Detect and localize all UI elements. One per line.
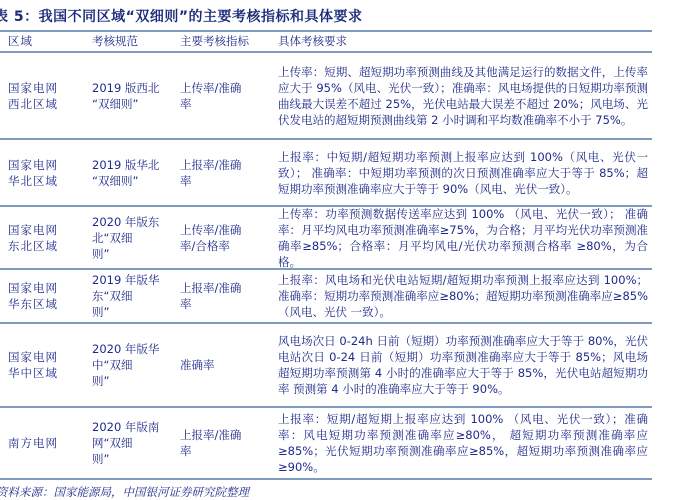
- detail-text: 上传率：功率预测数据传送率应达到 100% （风电、光伏一致）； 准确率：月平均…: [278, 206, 648, 270]
- cell-spec-line: 2019 版华北: [92, 157, 159, 173]
- cell-region: 国家电网华东区域: [8, 270, 78, 322]
- cell-spec-line: 则”: [92, 451, 159, 467]
- cell-detail: 风电场次日 0-24h 日前（短期）功率预测准确率应大于等于 80%，光伏电站次…: [278, 324, 648, 406]
- cell-spec: 2019 年版华东“双细则”: [92, 270, 172, 322]
- cell-region: 国家电网华北区域: [8, 140, 78, 205]
- cell-metric: 上报率/准确率: [180, 270, 266, 322]
- cell-metric-line: 准确率: [180, 357, 215, 373]
- cell-metric: 上传率/准确率/合格率: [180, 207, 266, 268]
- cell-region-line: 国家电网: [8, 80, 58, 96]
- cell-spec-line: 则”: [92, 246, 159, 262]
- cell-region-line: 国家电网: [8, 222, 58, 238]
- cell-metric-line: 率: [180, 96, 241, 112]
- cell-detail: 上传率：短期、超短期功率预测曲线及其他满足运行的数据文件，上传率应大于 95%（…: [278, 53, 648, 138]
- detail-text: 上传率：短期、超短期功率预测曲线及其他满足运行的数据文件，上传率应大于 95%（…: [278, 64, 648, 128]
- cell-spec: 2020 年版南网“双细则”: [92, 408, 172, 478]
- cell-spec-line: 2020 年版南: [92, 419, 159, 435]
- table-row: 国家电网华东区域2019 年版华东“双细则”上报率/准确率上报率：风电场和光伏电…: [0, 270, 652, 322]
- header-spec: 考核规范: [92, 33, 172, 49]
- cell-metric-line: 上传率/准确: [180, 80, 241, 96]
- cell-spec-line: “双细则”: [92, 96, 159, 112]
- cell-metric-line: 率/合格率: [180, 238, 241, 254]
- cell-region-line: 东北区域: [8, 238, 58, 254]
- header-region: 区域: [8, 33, 78, 49]
- cell-region-line: 国家电网: [8, 349, 58, 365]
- detail-text: 上报率：中短期/超短期功率预测上报率应达到 100%（风电、光伏一致）； 准确率…: [278, 149, 648, 197]
- cell-metric-line: 上传率/准确: [180, 222, 241, 238]
- cell-metric-line: 率: [180, 296, 241, 312]
- cell-spec-line: 2020 年版东: [92, 214, 159, 230]
- header-metric: 主要考核指标: [180, 33, 266, 49]
- cell-spec-line: 则”: [92, 373, 159, 389]
- cell-region: 国家电网西北区域: [8, 53, 78, 138]
- cell-detail: 上报率：短期/超短期上报率应达到 100% （风电、光伏一致）；准确率：风电短期…: [278, 408, 648, 478]
- cell-region: 国家电网东北区域: [8, 207, 78, 268]
- table-row: 国家电网东北区域2020 年版东北“双细则”上传率/准确率/合格率上传率：功率预…: [0, 207, 652, 268]
- cell-spec-line: 则”: [92, 304, 159, 320]
- cell-spec-line: 2019 年版华: [92, 272, 159, 288]
- cell-metric-line: 率: [180, 443, 241, 459]
- cell-region-line: 国家电网: [8, 157, 58, 173]
- detail-text: 风电场次日 0-24h 日前（短期）功率预测准确率应大于等于 80%，光伏电站次…: [278, 333, 648, 397]
- cell-spec-line: 2019 版西北: [92, 80, 159, 96]
- cell-region-line: 华北区域: [8, 173, 58, 189]
- source-note: 资料来源：国家能源局，中国银河证券研究院整理: [0, 484, 249, 500]
- table-row: 国家电网华中区域2020 年版华中“双细则”准确率风电场次日 0-24h 日前（…: [0, 324, 652, 406]
- cell-metric: 准确率: [180, 324, 266, 406]
- cell-region-line: 南方电网: [8, 435, 58, 451]
- cell-spec: 2019 版西北“双细则”: [92, 53, 172, 138]
- divider: [0, 30, 652, 32]
- detail-text: 上报率：风电场和光伏电站短期/超短期功率预测上报率应达到 100%；准确率：短期…: [278, 272, 648, 320]
- cell-region-line: 西北区域: [8, 96, 58, 112]
- table-row: 国家电网西北区域2019 版西北“双细则”上传率/准确率上传率：短期、超短期功率…: [0, 53, 652, 138]
- cell-detail: 上报率：中短期/超短期功率预测上报率应达到 100%（风电、光伏一致）； 准确率…: [278, 140, 648, 205]
- cell-metric-line: 上报率/准确: [180, 427, 241, 443]
- cell-metric-line: 上报率/准确: [180, 157, 241, 173]
- cell-metric-line: 上报率/准确: [180, 280, 241, 296]
- cell-metric: 上传率/准确率: [180, 53, 266, 138]
- cell-detail: 上报率：风电场和光伏电站短期/超短期功率预测上报率应达到 100%；准确率：短期…: [278, 270, 648, 322]
- cell-spec-line: “双细则”: [92, 173, 159, 189]
- cell-metric: 上报率/准确率: [180, 140, 266, 205]
- cell-metric: 上报率/准确率: [180, 408, 266, 478]
- cell-region-line: 华东区域: [8, 296, 58, 312]
- divider: [0, 478, 652, 480]
- table-row: 南方电网2020 年版南网“双细则”上报率/准确率上报率：短期/超短期上报率应达…: [0, 408, 652, 478]
- table-header: 区域 考核规范 主要考核指标 具体考核要求: [0, 33, 652, 51]
- table-title: 表 5：我国不同区域“双细则”的主要考核指标和具体要求: [0, 6, 363, 26]
- cell-region: 南方电网: [8, 408, 78, 478]
- table-row: 国家电网华北区域2019 版华北“双细则”上报率/准确率上报率：中短期/超短期功…: [0, 140, 652, 205]
- header-detail: 具体考核要求: [278, 33, 648, 49]
- cell-region: 国家电网华中区域: [8, 324, 78, 406]
- cell-spec: 2019 版华北“双细则”: [92, 140, 172, 205]
- cell-metric-line: 率: [180, 173, 241, 189]
- cell-spec: 2020 年版东北“双细则”: [92, 207, 172, 268]
- cell-region-line: 华中区域: [8, 365, 58, 381]
- cell-spec-line: 网“双细: [92, 435, 159, 451]
- cell-spec-line: 北“双细: [92, 230, 159, 246]
- cell-region-line: 国家电网: [8, 280, 58, 296]
- cell-spec: 2020 年版华中“双细则”: [92, 324, 172, 406]
- cell-detail: 上传率：功率预测数据传送率应达到 100% （风电、光伏一致）； 准确率：月平均…: [278, 207, 648, 268]
- cell-spec-line: 2020 年版华: [92, 341, 159, 357]
- cell-spec-line: 中“双细: [92, 357, 159, 373]
- detail-text: 上报率：短期/超短期上报率应达到 100% （风电、光伏一致）；准确率：风电短期…: [278, 411, 648, 475]
- cell-spec-line: 东“双细: [92, 288, 159, 304]
